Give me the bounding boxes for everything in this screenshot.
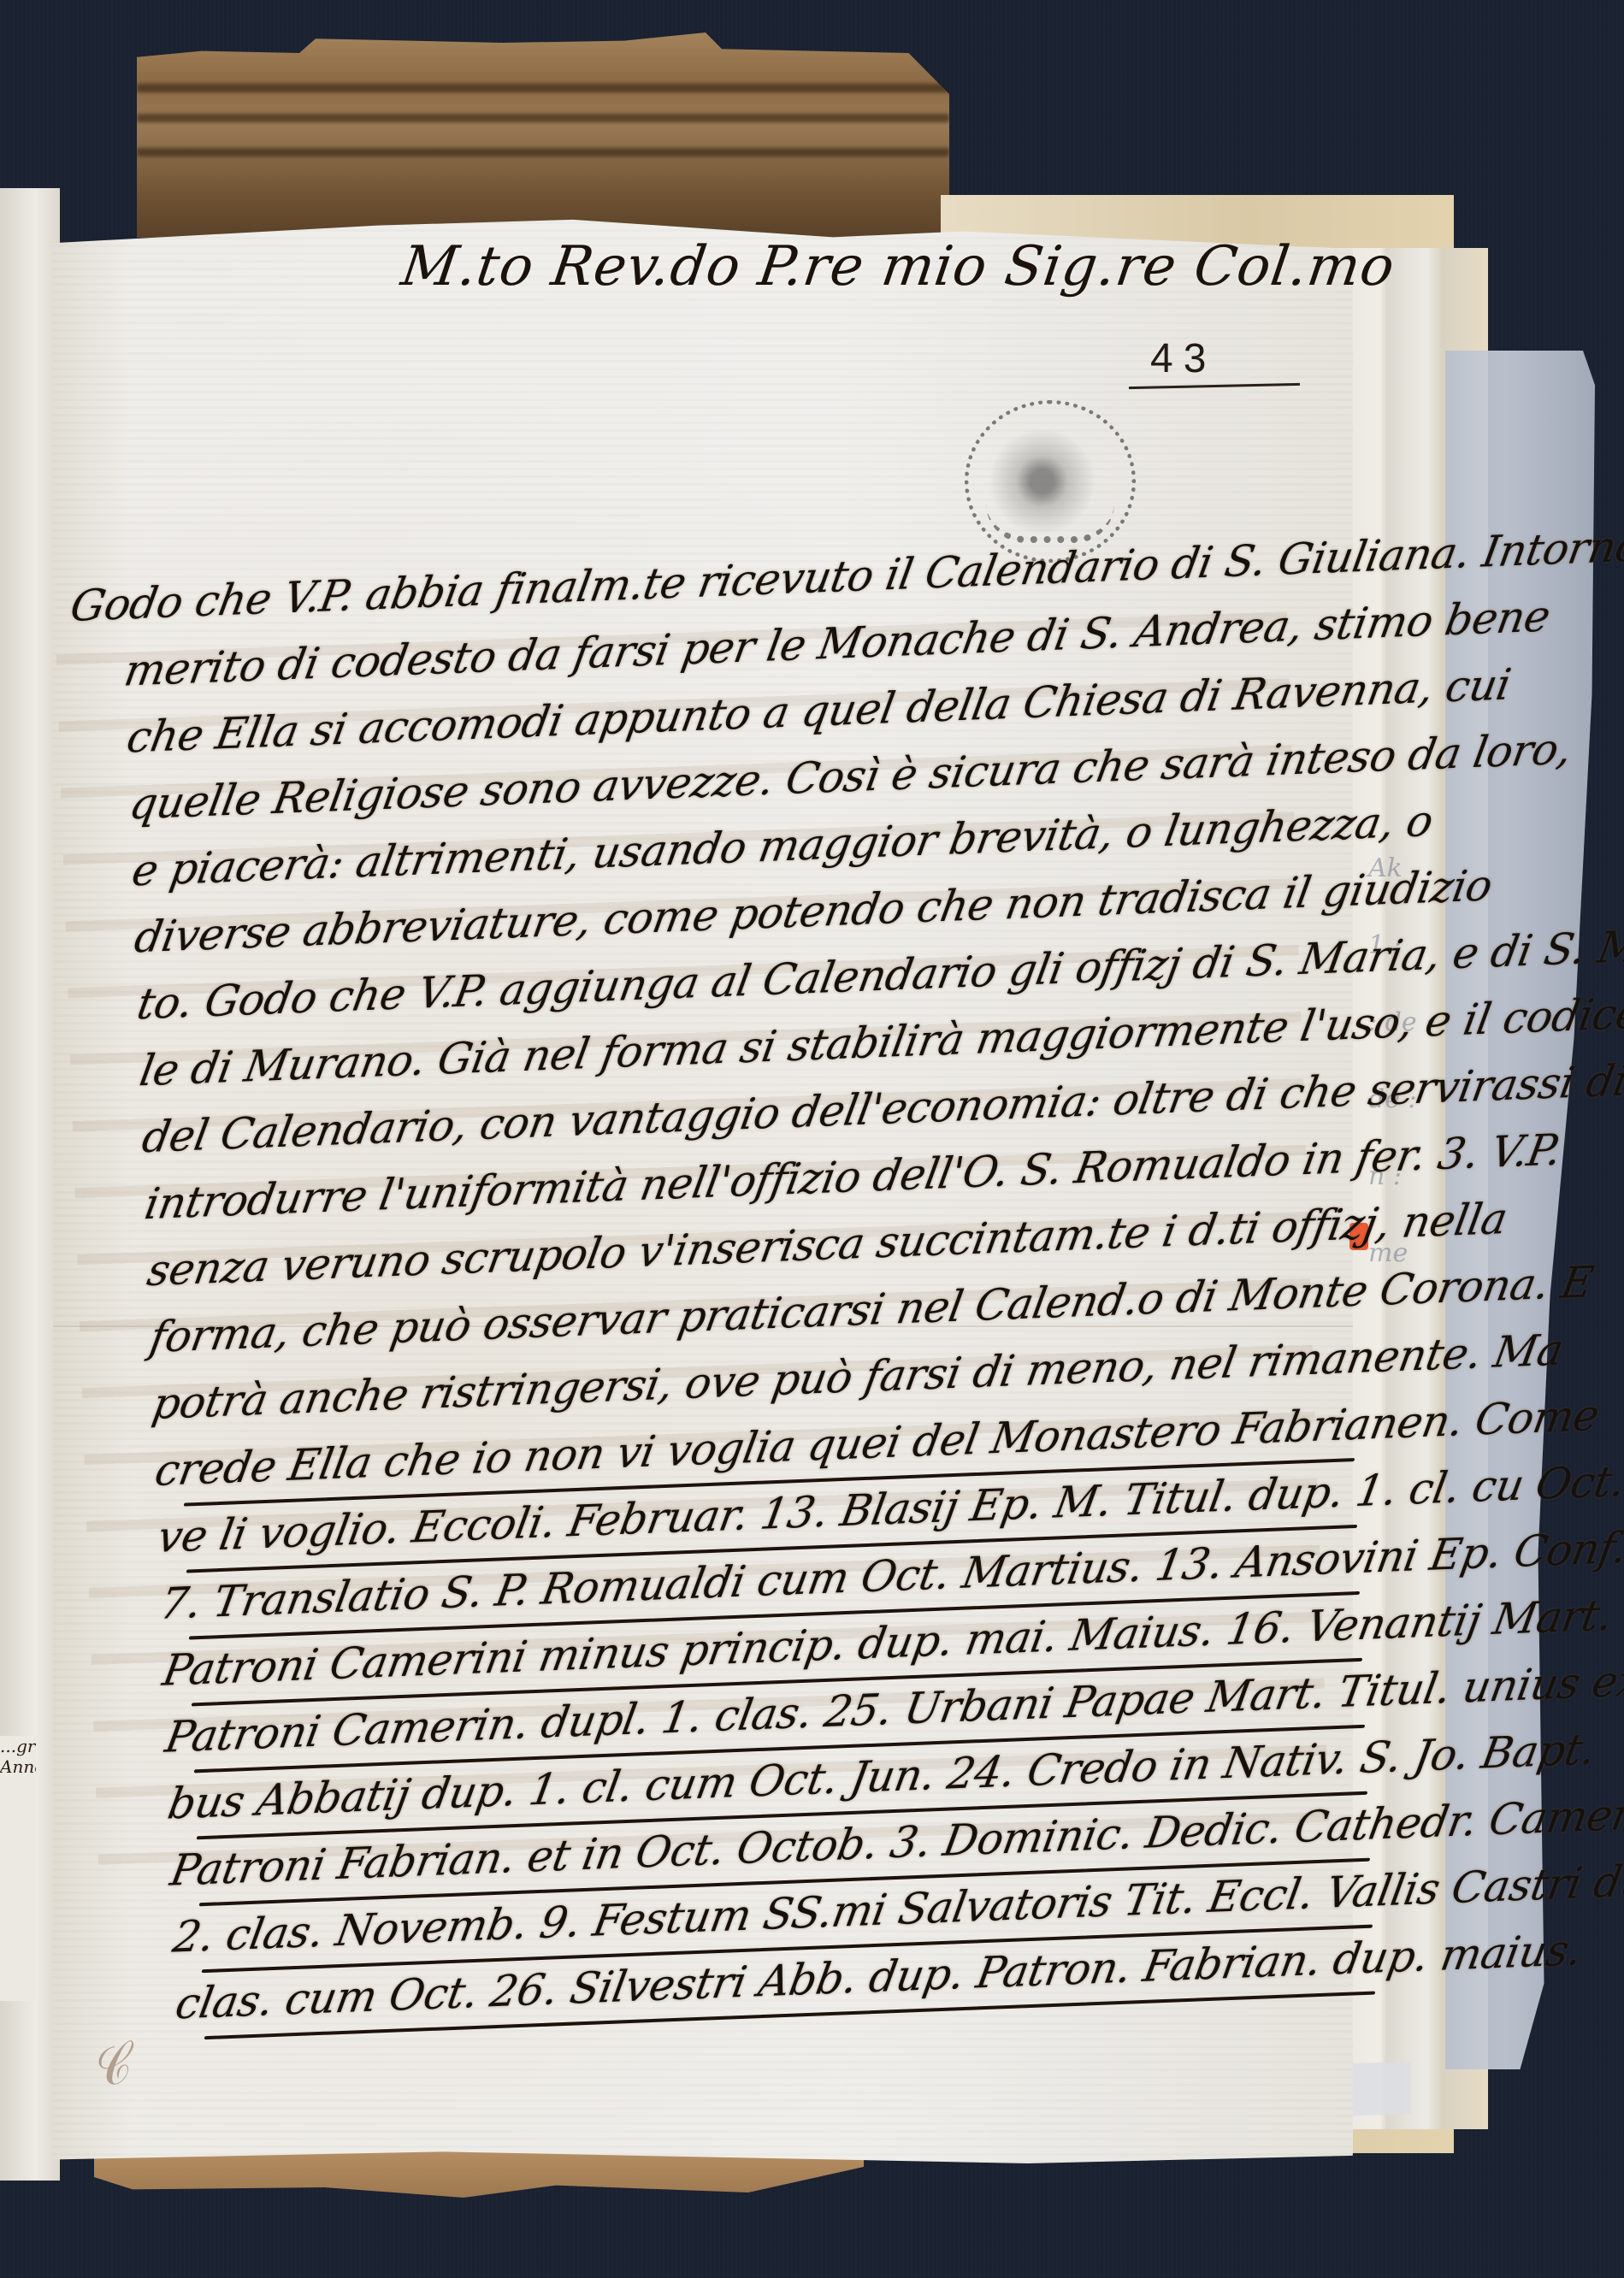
folio-number: 43 <box>1150 335 1216 382</box>
left-slip-note: ...grap Annes <box>0 1736 36 2001</box>
wrapper-fold <box>137 148 949 156</box>
letter-body: Godo che V.P. abbia finalm.te ricevuto i… <box>68 534 1381 2048</box>
wrapper-fold <box>137 84 949 92</box>
ink-stamp-icon <box>965 400 1136 563</box>
wrapper-fold <box>137 114 949 122</box>
salutation-heading: M.to Rev.do P.re mio Sig.re Col.mo <box>398 235 1399 298</box>
brown-wrapper-stack <box>137 32 949 238</box>
